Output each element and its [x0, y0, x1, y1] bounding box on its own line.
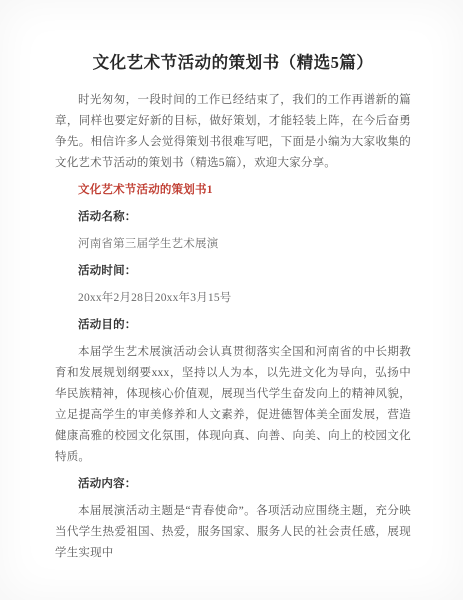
activity-name-label: 活动名称：: [55, 207, 411, 228]
activity-time-value: 20xx年2月28日20xx年3月15号: [55, 288, 411, 309]
activity-purpose-paragraph: 本届学生艺术展演活动会认真贯彻落实全国和河南省的中长期教育和发展规划纲要xxx，…: [55, 342, 411, 468]
activity-content-paragraph: 本届展演活动主题是“青春使命”。各项活动应围绕主题，充分映当代学生热爱祖国、热爱…: [55, 501, 411, 564]
document-title: 文化艺术节活动的策划书（精选5篇）: [55, 50, 411, 76]
activity-time-label: 活动时间：: [55, 261, 411, 282]
section-heading: 文化艺术节活动的策划书1: [55, 180, 411, 201]
activity-purpose-label: 活动目的：: [55, 315, 411, 336]
document-page: 文化艺术节活动的策划书（精选5篇） 时光匆匆，一段时间的工作已经结束了，我们的工…: [0, 0, 463, 600]
activity-content-label: 活动内容：: [55, 474, 411, 495]
activity-name-value: 河南省第三届学生艺术展演: [55, 234, 411, 255]
intro-paragraph: 时光匆匆，一段时间的工作已经结束了，我们的工作再谱新的篇章，同样也要定好新的目标…: [55, 90, 411, 174]
